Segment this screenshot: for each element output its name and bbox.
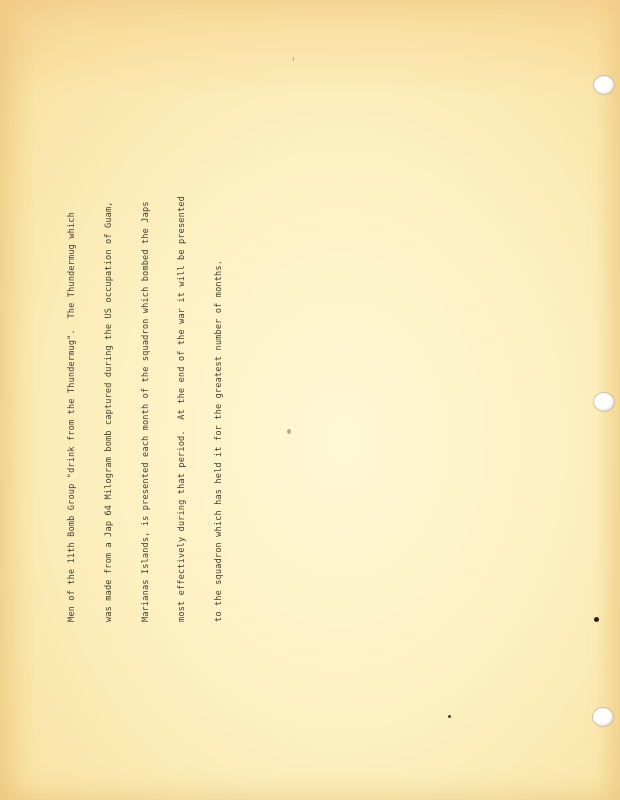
text-line-1: Men of the 11th Bomb Group "drink from t…: [66, 196, 78, 622]
punch-hole-middle: [594, 393, 614, 411]
text-line-4: most effectively during that period. At …: [176, 196, 188, 622]
punch-hole-top: [594, 76, 614, 94]
paper-blemish: [293, 57, 294, 61]
text-line-5: to the squadron which has held it for th…: [213, 196, 225, 622]
ink-speck: [448, 715, 451, 718]
ink-speck: [594, 617, 599, 622]
document-page: Men of the 11th Bomb Group "drink from t…: [0, 0, 620, 800]
typewritten-paragraph: Men of the 11th Bomb Group "drink from t…: [42, 196, 249, 622]
text-line-3: Marianas Islands, is presented each mont…: [140, 196, 152, 622]
text-line-2: was made from a Jap 64 Milogram bomb cap…: [103, 196, 115, 622]
punch-hole-bottom: [593, 708, 613, 726]
paper-blemish: [287, 429, 291, 434]
